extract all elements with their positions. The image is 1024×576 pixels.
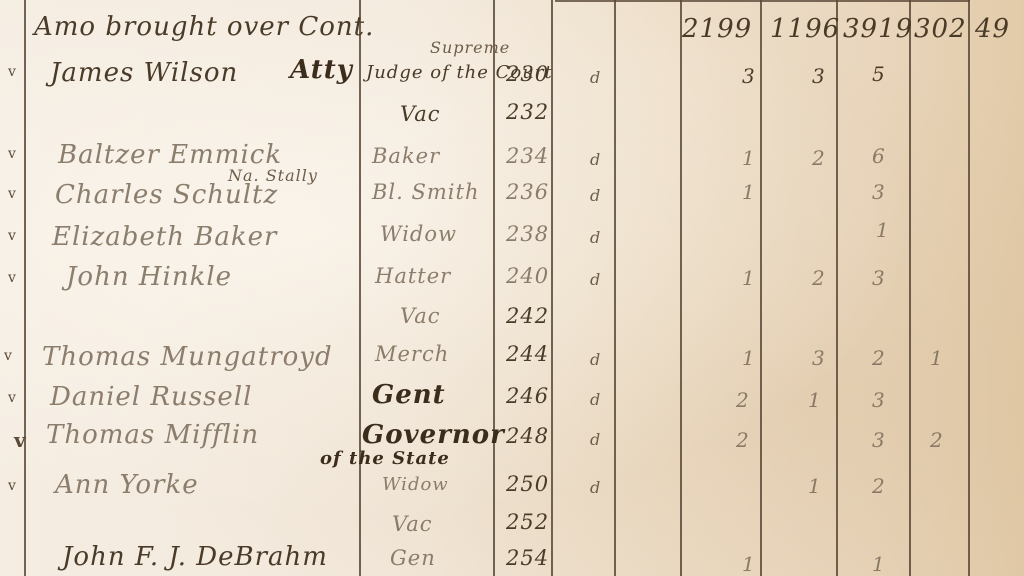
column-total-5: 49 (975, 14, 1010, 44)
house-number: 230 (506, 62, 549, 86)
house-number: 240 (506, 264, 549, 288)
occupation: Vac (400, 102, 441, 126)
count-1: 1 (742, 180, 756, 204)
blank-column-rule (680, 0, 682, 576)
tick-mark: d (590, 68, 601, 87)
count-2: 3 (812, 346, 826, 370)
tick-mark: d (590, 186, 601, 205)
column-total-1: 2199 (682, 14, 752, 44)
house-number: 238 (506, 222, 549, 246)
count-3: 2 (872, 346, 886, 370)
resident-name: John Hinkle (66, 262, 232, 292)
column-total-3: 3919 (843, 14, 913, 44)
count-3: 2 (872, 474, 886, 498)
resident-name: James Wilson (50, 58, 238, 88)
count-column-4-rule (968, 0, 970, 576)
count-1: 1 (742, 146, 756, 170)
tick-column-rule (614, 0, 616, 576)
tick-mark: d (590, 390, 601, 409)
tick-mark: d (590, 350, 601, 369)
side-note: Atty (290, 55, 353, 85)
count-3: 1 (872, 552, 886, 576)
occupation: Vac (392, 512, 433, 536)
house-number: 248 (506, 424, 549, 448)
occupation-column-rule (493, 0, 495, 576)
occupation: Gent (372, 380, 446, 410)
tick-mark: d (590, 478, 601, 497)
margin-check-mark: v (8, 270, 16, 286)
tick-mark: d (590, 228, 601, 247)
house-number: 232 (506, 100, 549, 124)
count-1: 2 (736, 428, 750, 452)
margin-check-mark: v (4, 348, 12, 364)
count-1: 1 (742, 552, 756, 576)
resident-name: Ann Yorke (55, 470, 199, 500)
occupation: Widow (380, 222, 457, 246)
house-number: 234 (506, 144, 549, 168)
occupation: Hatter (375, 264, 451, 288)
margin-check-mark: v (8, 146, 16, 162)
margin-check-mark: v (8, 390, 16, 406)
brought-over-note: Amo brought over Cont. (34, 12, 374, 42)
count-2: 1 (808, 388, 822, 412)
resident-name: Elizabeth Baker (52, 222, 277, 252)
count-3: 3 (872, 428, 886, 452)
tick-mark: d (590, 150, 601, 169)
count-1: 1 (742, 346, 756, 370)
name-column-rule (359, 0, 361, 576)
occupation: Governor (362, 420, 505, 450)
count-column-3-rule (909, 0, 911, 576)
count-2: 1 (808, 474, 822, 498)
count-3: 3 (872, 180, 886, 204)
resident-name: Charles Schultz (55, 180, 278, 210)
margin-check-mark: v (8, 64, 16, 80)
occupation-annotation: of the State (320, 448, 450, 469)
house-number: 246 (506, 384, 549, 408)
count-3: 5 (872, 62, 886, 86)
occupation: Widow (382, 474, 449, 495)
count-column-1-rule (760, 0, 762, 576)
occupation-annotation: Supreme (430, 38, 510, 57)
margin-check-mark: v (8, 186, 16, 202)
margin-arrow-mark: v (14, 428, 26, 452)
count-1: 3 (742, 64, 756, 88)
house-number: 242 (506, 304, 549, 328)
count-4: 1 (930, 346, 944, 370)
column-total-4: 302 (914, 14, 967, 44)
count-3: 6 (872, 144, 886, 168)
resident-name: Thomas Mifflin (46, 420, 259, 450)
house-number: 244 (506, 342, 549, 366)
margin-check-mark: v (8, 478, 16, 494)
count-column-2-rule (836, 0, 838, 576)
tick-mark: d (590, 430, 601, 449)
count-3: 3 (872, 388, 886, 412)
occupation: Baker (372, 144, 440, 168)
count-2: 3 (812, 64, 826, 88)
count-4: 2 (930, 428, 944, 452)
count-2: 2 (812, 146, 826, 170)
count-3: 3 (872, 266, 886, 290)
house-number: 250 (506, 472, 549, 496)
occupation: Bl. Smith (372, 180, 479, 204)
resident-name: Thomas Mungatroyd (42, 342, 333, 372)
tick-mark: d (590, 270, 601, 289)
count-1: 2 (736, 388, 750, 412)
occupation: Merch (375, 342, 449, 366)
header-rule (555, 0, 970, 2)
house-number: 252 (506, 510, 549, 534)
number-column-rule (551, 0, 553, 576)
house-number: 236 (506, 180, 549, 204)
occupation: Gen (390, 546, 436, 570)
margin-check-mark: v (8, 228, 16, 244)
count-3: 1 (876, 218, 890, 242)
column-total-2: 1196 (770, 14, 840, 44)
margin-rule (24, 0, 26, 576)
resident-name: Daniel Russell (50, 382, 252, 412)
house-number: 254 (506, 546, 549, 570)
count-2: 2 (812, 266, 826, 290)
resident-name: John F. J. DeBrahm (62, 542, 328, 572)
count-1: 1 (742, 266, 756, 290)
occupation: Vac (400, 304, 441, 328)
